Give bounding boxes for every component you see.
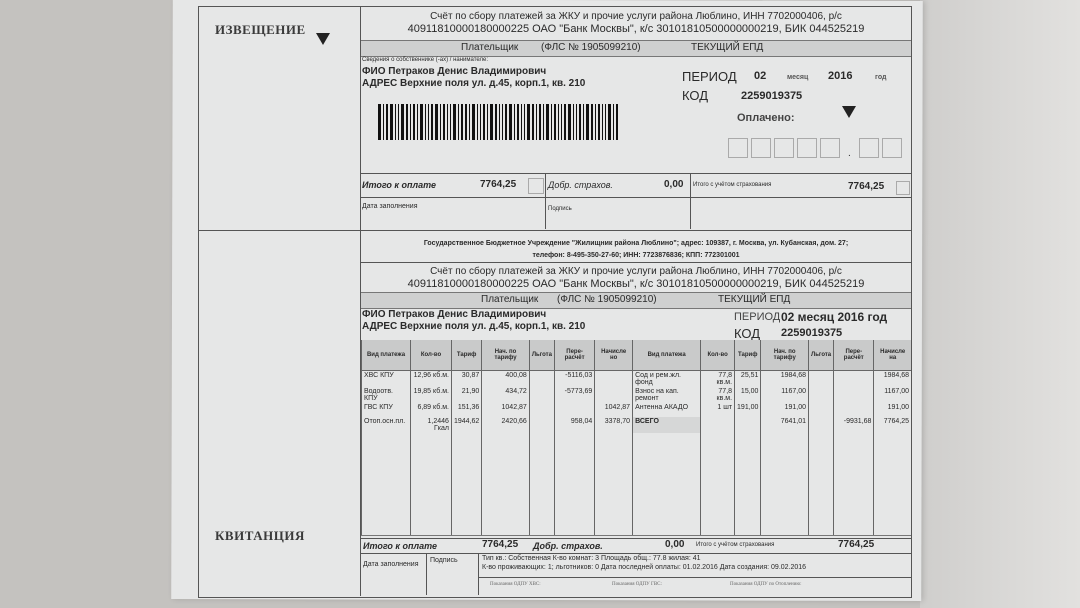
table-cell: 191,00 bbox=[874, 403, 911, 417]
table-cell: 21,90 bbox=[451, 387, 481, 403]
down-triangle-icon bbox=[316, 33, 330, 45]
divider bbox=[426, 553, 427, 595]
table-cell bbox=[735, 433, 761, 535]
divider bbox=[361, 538, 911, 539]
table-cell bbox=[554, 403, 594, 417]
insurance-checkbox[interactable] bbox=[896, 181, 910, 195]
table-cell bbox=[529, 387, 554, 403]
divider bbox=[361, 535, 911, 536]
table-cell bbox=[595, 433, 633, 535]
column-header: Кол-во bbox=[411, 340, 452, 371]
table-cell: 191,00 bbox=[761, 403, 809, 417]
signature-label: Подпись bbox=[548, 206, 572, 212]
total-checkbox[interactable] bbox=[528, 178, 544, 194]
table-cell bbox=[809, 403, 834, 417]
meter-gvs-label: Показания ОДПУ ГВС: bbox=[612, 582, 662, 587]
column-header: Начисле на bbox=[874, 340, 911, 371]
month-word: месяц bbox=[787, 74, 808, 81]
table-cell bbox=[451, 433, 481, 535]
table-cell bbox=[529, 371, 554, 388]
payer-code: 2259019375 bbox=[741, 90, 802, 102]
table-cell bbox=[362, 433, 411, 535]
table-cell: 400,08 bbox=[482, 371, 530, 388]
table-cell bbox=[874, 433, 911, 535]
table-cell bbox=[834, 433, 874, 535]
table-row: Отоп.осн.пл.1,2446 Гкал1944,622420,66958… bbox=[362, 417, 912, 433]
table-row: ГВС КПУ6,89 кб.м.151,361042,871042,87Ант… bbox=[362, 403, 912, 417]
table-cell: Сод и рем.жл. фонд bbox=[633, 371, 701, 388]
divider bbox=[361, 197, 911, 198]
apartment-info-line-2: К-во проживающих: 1; льготников: 0 Дата … bbox=[482, 564, 806, 571]
insurance-label: Добр. страхов. bbox=[533, 541, 603, 551]
table-cell: 15,00 bbox=[735, 387, 761, 403]
code-label: КОД bbox=[682, 88, 708, 103]
receipt-label: КВИТАНЦИЯ bbox=[215, 528, 305, 544]
notice-recipient: Счёт по сбору платежей за ЖКУ и прочие у… bbox=[361, 10, 911, 36]
table-cell bbox=[554, 433, 594, 535]
paid-digit-box[interactable] bbox=[820, 138, 840, 158]
table-cell bbox=[809, 433, 834, 535]
table-cell: 7764,25 bbox=[874, 417, 911, 433]
total-with-insurance-amount: 7764,25 bbox=[848, 181, 884, 192]
recipient-line-1: Счёт по сбору платежей за ЖКУ и прочие у… bbox=[361, 10, 911, 23]
period-month: 02 bbox=[754, 70, 766, 82]
table-cell bbox=[761, 433, 809, 535]
insurance-amount: 0,00 bbox=[665, 539, 684, 550]
notice-payer-bar: Плательщик (ФЛС № 1905099210) ТЕКУЩИЙ ЕП… bbox=[361, 40, 911, 57]
period-year: 2016 bbox=[828, 70, 852, 82]
table-cell: 958,04 bbox=[554, 417, 594, 433]
table-cell bbox=[595, 387, 633, 403]
paid-digit-box[interactable] bbox=[728, 138, 748, 158]
table-cell: 1944,62 bbox=[451, 417, 481, 433]
column-header: Кол-во bbox=[701, 340, 735, 371]
table-cell: 6,89 кб.м. bbox=[411, 403, 452, 417]
payer-address: АДРЕС Верхние поля ул. д.45, корп.1, кв.… bbox=[362, 321, 585, 332]
table-cell bbox=[529, 433, 554, 535]
section-divider bbox=[198, 230, 911, 231]
column-header: Начисле но bbox=[595, 340, 633, 371]
column-header: Льгота bbox=[809, 340, 834, 371]
total-with-insurance-label: Итого с учётом страхования bbox=[693, 182, 771, 188]
table-cell bbox=[809, 387, 834, 403]
payer-label: Плательщик bbox=[481, 294, 538, 305]
table-cell: 19,85 кб.м. bbox=[411, 387, 452, 403]
column-header: Льгота bbox=[529, 340, 554, 371]
code-label: КОД bbox=[734, 326, 760, 341]
total-label: Итого к оплате bbox=[363, 541, 437, 551]
epd-label: ТЕКУЩИЙ ЕПД bbox=[691, 42, 763, 53]
table-cell bbox=[735, 417, 761, 433]
column-header: Тариф bbox=[451, 340, 481, 371]
column-header: Вид платежа bbox=[633, 340, 701, 371]
table-cell bbox=[701, 417, 735, 433]
divider bbox=[361, 262, 911, 263]
total-amount: 7764,25 bbox=[482, 539, 518, 550]
table-cell: 1984,68 bbox=[874, 371, 911, 388]
apartment-info-line-1: Тип кв.: Собственная К-во комнат: 3 Площ… bbox=[482, 555, 701, 562]
period-value: 02 месяц 2016 год bbox=[781, 310, 887, 324]
table-cell: Антенна АКАДО bbox=[633, 403, 701, 417]
column-header: Пере-расчёт bbox=[834, 340, 874, 371]
divider bbox=[478, 553, 479, 595]
table-cell: -5116,03 bbox=[554, 371, 594, 388]
org-line-1: Государственное Бюджетное Учреждение "Жи… bbox=[361, 238, 911, 250]
table-cell bbox=[834, 387, 874, 403]
table-cell: 151,36 bbox=[451, 403, 481, 417]
decimal-point: . bbox=[848, 148, 851, 159]
period-label: ПЕРИОД bbox=[682, 69, 737, 84]
table-cell: Взнос на кап. ремонт bbox=[633, 387, 701, 403]
table-cell: 30,87 bbox=[451, 371, 481, 388]
table-cell: 25,51 bbox=[735, 371, 761, 388]
payer-label: Плательщик bbox=[461, 42, 518, 53]
table-row: Водоотв. КПУ19,85 кб.м.21,90434,72-5773,… bbox=[362, 387, 912, 403]
meter-hvs-label: Показания ОДПУ ХВС: bbox=[490, 582, 541, 587]
paid-digit-box[interactable] bbox=[797, 138, 817, 158]
table-cell: ВСЕГО bbox=[633, 417, 701, 433]
table-cell: 434,72 bbox=[482, 387, 530, 403]
meter-heat-label: Показания ОДПУ по Отоплению: bbox=[730, 582, 801, 587]
recipient-line-2: 40911810000180000225 ОАО "Банк Москвы", … bbox=[361, 23, 911, 36]
period-label: ПЕРИОД bbox=[734, 311, 780, 323]
payer-fio: ФИО Петраков Денис Владимирович bbox=[362, 309, 546, 320]
table-cell: 3378,70 bbox=[595, 417, 633, 433]
table-cell bbox=[633, 433, 701, 535]
table-cell: 1,2446 Гкал bbox=[411, 417, 452, 433]
table-cell: Водоотв. КПУ bbox=[362, 387, 411, 403]
epd-label: ТЕКУЩИЙ ЕПД bbox=[718, 294, 790, 305]
table-cell: ГВС КПУ bbox=[362, 403, 411, 417]
charges-table: Вид платежаКол-воТарифНач. по тарифуЛьго… bbox=[361, 340, 911, 535]
paid-label: Оплачено: bbox=[737, 112, 795, 124]
table-cell bbox=[701, 433, 735, 535]
table-cell bbox=[834, 403, 874, 417]
background bbox=[920, 0, 1080, 608]
table-cell bbox=[809, 417, 834, 433]
table-cell: 1 шт bbox=[701, 403, 735, 417]
table-cell: 1984,68 bbox=[761, 371, 809, 388]
paid-digit-box[interactable] bbox=[751, 138, 771, 158]
paid-cents-box[interactable] bbox=[859, 138, 879, 158]
notice-label: ИЗВЕЩЕНИЕ bbox=[215, 22, 306, 38]
table-spacer bbox=[362, 433, 912, 535]
divider bbox=[361, 553, 911, 554]
owner-info-label: Сведения о собственнике (-ах) / нанимате… bbox=[362, 57, 488, 63]
table-cell: -9931,68 bbox=[834, 417, 874, 433]
signature-label: Подпись bbox=[430, 557, 458, 564]
divider bbox=[690, 173, 691, 229]
column-header: Вид платежа bbox=[362, 340, 411, 371]
table-cell: 77,8 кв.м. bbox=[701, 371, 735, 388]
total-label: Итого к оплате bbox=[362, 180, 436, 190]
table-cell bbox=[809, 371, 834, 388]
total-with-insurance-amount: 7764,25 bbox=[838, 539, 874, 550]
column-header: Нач. по тарифу bbox=[482, 340, 530, 371]
table-cell: 1167,00 bbox=[874, 387, 911, 403]
insurance-amount: 0,00 bbox=[664, 179, 683, 190]
column-header: Тариф bbox=[735, 340, 761, 371]
table-cell: Отоп.осн.пл. bbox=[362, 417, 411, 433]
divider bbox=[545, 173, 546, 229]
divider bbox=[478, 577, 911, 578]
total-with-insurance-label: Итого с учётом страхования bbox=[696, 542, 774, 548]
payer-code: 2259019375 bbox=[781, 327, 842, 339]
total-amount: 7764,25 bbox=[480, 179, 516, 190]
fls-number: (ФЛС № 1905099210) bbox=[541, 42, 641, 53]
table-cell: 77,8 кв.м. bbox=[701, 387, 735, 403]
table-cell: -5773,69 bbox=[554, 387, 594, 403]
recipient-line-2: 40911810000180000225 ОАО "Банк Москвы", … bbox=[361, 278, 911, 291]
fls-number: (ФЛС № 1905099210) bbox=[557, 294, 657, 305]
paid-cents-box[interactable] bbox=[882, 138, 902, 158]
table-cell: 1042,87 bbox=[482, 403, 530, 417]
barcode bbox=[378, 104, 683, 140]
fill-date-label: Дата заполнения bbox=[363, 560, 423, 570]
org-line-2: телефон: 8-495-350-27-60; ИНН: 772387683… bbox=[361, 250, 911, 262]
divider bbox=[361, 173, 911, 174]
table-cell bbox=[411, 433, 452, 535]
receipt-recipient: Счёт по сбору платежей за ЖКУ и прочие у… bbox=[361, 265, 911, 291]
payer-address: АДРЕС Верхние поля ул. д.45, корп.1, кв.… bbox=[362, 78, 585, 89]
table-cell bbox=[595, 371, 633, 388]
column-header: Нач. по тарифу bbox=[761, 340, 809, 371]
table-cell: 1042,87 bbox=[595, 403, 633, 417]
receipt-payer-bar: Плательщик (ФЛС № 1905099210) ТЕКУЩИЙ ЕП… bbox=[361, 292, 911, 309]
recipient-line-1: Счёт по сбору платежей за ЖКУ и прочие у… bbox=[361, 265, 911, 278]
table-cell bbox=[529, 417, 554, 433]
organization-info: Государственное Бюджетное Учреждение "Жи… bbox=[361, 238, 911, 262]
table-cell: 2420,66 bbox=[482, 417, 530, 433]
down-triangle-icon bbox=[842, 106, 856, 118]
table-cell bbox=[529, 403, 554, 417]
fill-date-label: Дата заполнения bbox=[362, 203, 418, 210]
table-cell: ХВС КПУ bbox=[362, 371, 411, 388]
table-cell bbox=[482, 433, 530, 535]
column-header: Пере-расчёт bbox=[554, 340, 594, 371]
paid-digit-box[interactable] bbox=[774, 138, 794, 158]
insurance-label: Добр. страхов. bbox=[548, 180, 613, 190]
table-row: ХВС КПУ12,96 кб.м.30,87400,08-5116,03Сод… bbox=[362, 371, 912, 388]
table-cell bbox=[834, 371, 874, 388]
table-cell: 12,96 кб.м. bbox=[411, 371, 452, 388]
payer-fio: ФИО Петраков Денис Владимирович bbox=[362, 66, 546, 77]
table-cell: 1167,00 bbox=[761, 387, 809, 403]
year-word: год bbox=[875, 74, 886, 81]
table-cell: 191,00 bbox=[735, 403, 761, 417]
table-cell: 7641,01 bbox=[761, 417, 809, 433]
